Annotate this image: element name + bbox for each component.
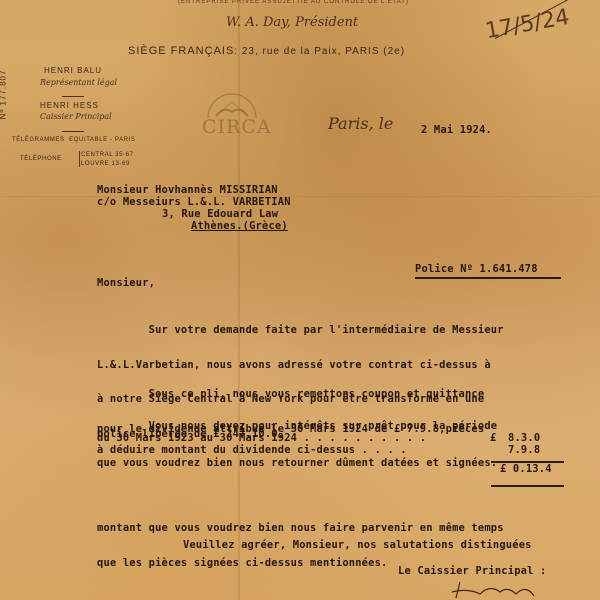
recipient-city: Athènes.(Grèce) (191, 220, 288, 232)
officer-name: HENRI BALU (44, 66, 102, 75)
telephone-line: LOUVRE 13-69 (81, 160, 134, 169)
recipient-street: 3, Rue Edouard Law (162, 208, 278, 220)
telephone-label: TÉLÉPHONE (20, 156, 62, 162)
telephone-lines: CENTRAL 35-67 LOUVRE 13-69 (81, 151, 134, 169)
officer-name: HENRI HESS (40, 101, 99, 110)
ledger-total-rule (491, 485, 564, 487)
siege-address: SIÈGE FRANÇAIS: 23, rue de la Paix, PARI… (128, 45, 405, 57)
text-line: Sous ce pli, nous vous remettons coupon … (97, 389, 497, 401)
siege-address-text: : 23, rue de la Paix, PARIS (2e) (234, 46, 405, 57)
ledger-row-label: à déduire montant du dividende ci-dessus… (97, 444, 407, 456)
text-line: montant que vous voudrez bien nous faire… (97, 523, 504, 535)
divider (62, 131, 84, 132)
brace (79, 151, 80, 167)
telegrams-label: TÉLÉGRAMMES (12, 137, 65, 143)
letter-date: 2 Mai 1924. (421, 124, 492, 136)
policy-underline (415, 277, 561, 279)
telegrams-value: EQUITABLE - PARIS (69, 137, 135, 143)
siege-label: SIÈGE FRANÇAIS (128, 45, 234, 57)
regulatory-notice: (ENTREPRISE PRIVÉE ASSUJETTIE AU CONTRÔL… (178, 0, 409, 5)
closing-formula: Veuillez agréer, Monsieur, nos salutatio… (183, 539, 532, 551)
circa-watermark: CIRCA (202, 92, 272, 138)
policy-number: Police Nº 1.641.478 (415, 263, 538, 275)
recipient-care-of: c/o Messeiurs L.&.L. VARBETIAN (97, 196, 291, 208)
handwritten-reference: 17/5/24 (483, 5, 571, 44)
serial-number: Nº 177.807 (0, 70, 7, 120)
watermark-text: CIRCA (202, 116, 272, 138)
president-line: W. A. Day, Président (226, 15, 358, 30)
date-place: Paris, le (328, 114, 393, 133)
signature-icon (450, 578, 550, 600)
ledger-row-amount: 7.9.8 (508, 444, 540, 456)
officer-title: Représentant légal (40, 78, 117, 87)
signatory-title: Le Caissier Principal : (398, 565, 546, 577)
ledger-row-currency: £ (490, 432, 496, 444)
text-line: que vous voudrez bien nous retourner dûm… (97, 458, 497, 470)
officer-title: Caissier Principal (40, 112, 112, 121)
paper-fold-horizontal (0, 196, 600, 197)
recipient-name: Monsieur Hovhannès MISSIRIAN (97, 184, 278, 196)
text-line: Sur votre demande faite par l'intermédia… (97, 325, 504, 337)
telegrams-line: TÉLÉGRAMMES EQUITABLE - PARIS (12, 137, 135, 143)
ledger-row-amount: 8.3.0 (508, 432, 540, 444)
divider (62, 96, 84, 97)
salutation: Monsieur, (97, 277, 155, 289)
telephone-line: CENTRAL 35-67 (81, 151, 134, 160)
ledger-row-label: du 30 Mars 1923 au 30 Mars 1924 . . . . … (97, 432, 426, 444)
ledger-total: £ 0.13.4 (500, 463, 552, 475)
paragraph-3-intro: Vous nous devez pour intérêts sur prêt p… (97, 420, 497, 432)
